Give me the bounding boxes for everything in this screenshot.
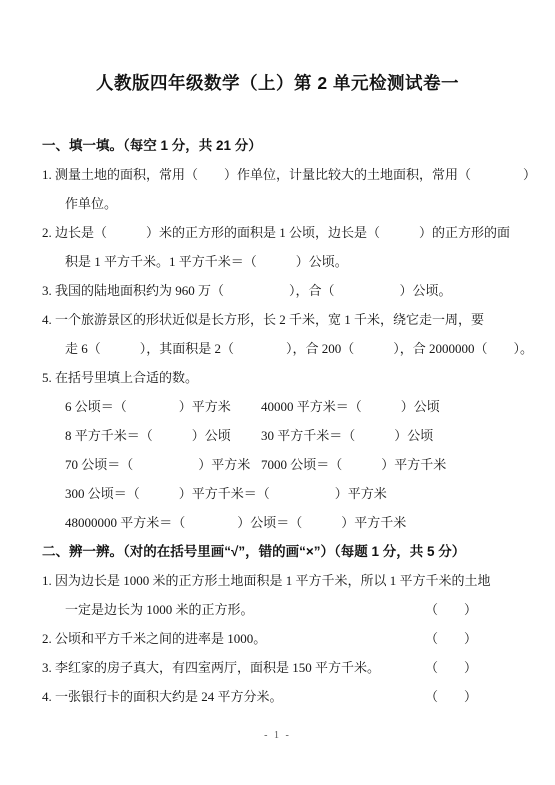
s1-q5-row3: 70 公顷＝（ ）平方米 7000 公顷＝（ ）平方千米 [42, 450, 515, 479]
s1-q2-line2: 积是 1 平方千米。1 平方千米＝（ ）公顷。 [42, 247, 515, 276]
s1-q4-line2: 走 6（ ），其面积是 2（ ），合 200（ ），合 2000000（ ）。 [42, 334, 515, 363]
answer-bracket: （ ） [425, 595, 477, 624]
page-number: - 1 - [0, 730, 555, 741]
s1-q5-row1: 6 公顷＝（ ）平方米 40000 平方米＝（ ）公顷 [42, 392, 515, 421]
s2-q2-line: 2. 公顷和平方千米之间的进率是 1000。 （ ） [42, 624, 515, 653]
page-title: 人教版四年级数学（上）第 2 单元检测试卷一 [0, 0, 555, 95]
conversion-blank: 40000 平方米＝（ ）公顷 [261, 392, 440, 421]
s1-q2-line1: 2. 边长是（ ）米的正方形的面积是 1 公顷，边长是（ ）的正方形的面 [42, 218, 515, 247]
s1-q1-line2: 作单位。 [42, 189, 515, 218]
s1-q5-row2: 8 平方千米＝（ ）公顷 30 平方千米＝（ ）公顷 [42, 421, 515, 450]
s1-q5-row4: 300 公顷＝（ ）平方千米＝（ ）平方米 [42, 479, 515, 508]
question-text: 一定是边长为 1000 米的正方形。 [65, 595, 254, 624]
s1-q1-line1: 1. 测量土地的面积，常用（ ）作单位，计量比较大的土地面积，常用（ ） [42, 160, 515, 189]
answer-bracket: （ ） [425, 624, 477, 653]
question-text: 4. 一张银行卡的面积大约是 24 平方分米。 [42, 682, 283, 711]
answer-bracket: （ ） [425, 653, 477, 682]
s2-q1-line1: 1. 因为边长是 1000 米的正方形土地面积是 1 平方千米，所以 1 平方千… [42, 566, 515, 595]
paper-body: 一、填一填。（每空 1 分，共 21 分） 1. 测量土地的面积，常用（ ）作单… [0, 95, 555, 711]
s2-q4-line: 4. 一张银行卡的面积大约是 24 平方分米。 （ ） [42, 682, 515, 711]
answer-bracket: （ ） [425, 682, 477, 711]
s2-q3-line: 3. 李红家的房子真大，有四室两厅，面积是 150 平方千米。 （ ） [42, 653, 515, 682]
section2-heading: 二、辨一辨。（对的在括号里画“√”，错的画“×”）（每题 1 分，共 5 分） [42, 537, 515, 566]
conversion-blank: 7000 公顷＝（ ）平方千米 [261, 450, 446, 479]
conversion-blank: 30 平方千米＝（ ）公顷 [261, 421, 433, 450]
question-text: 3. 李红家的房子真大，有四室两厅，面积是 150 平方千米。 [42, 653, 380, 682]
s1-q5-row5: 48000000 平方米＝（ ）公顷＝（ ）平方千米 [42, 508, 515, 537]
s1-q3-line: 3. 我国的陆地面积约为 960 万（ ），合（ ）公顷。 [42, 276, 515, 305]
conversion-blank: 6 公顷＝（ ）平方米 [65, 392, 261, 421]
conversion-blank: 70 公顷＝（ ）平方米 [65, 450, 261, 479]
conversion-blank: 8 平方千米＝（ ）公顷 [65, 421, 261, 450]
s2-q1-line2: 一定是边长为 1000 米的正方形。 （ ） [42, 595, 515, 624]
section1-heading: 一、填一填。（每空 1 分，共 21 分） [42, 131, 515, 160]
test-paper-page: 人教版四年级数学（上）第 2 单元检测试卷一 一、填一填。（每空 1 分，共 2… [0, 0, 555, 785]
s1-q5-intro: 5. 在括号里填上合适的数。 [42, 363, 515, 392]
question-text: 2. 公顷和平方千米之间的进率是 1000。 [42, 624, 266, 653]
s1-q4-line1: 4. 一个旅游景区的形状近似是长方形，长 2 千米，宽 1 千米，绕它走一周，要 [42, 305, 515, 334]
